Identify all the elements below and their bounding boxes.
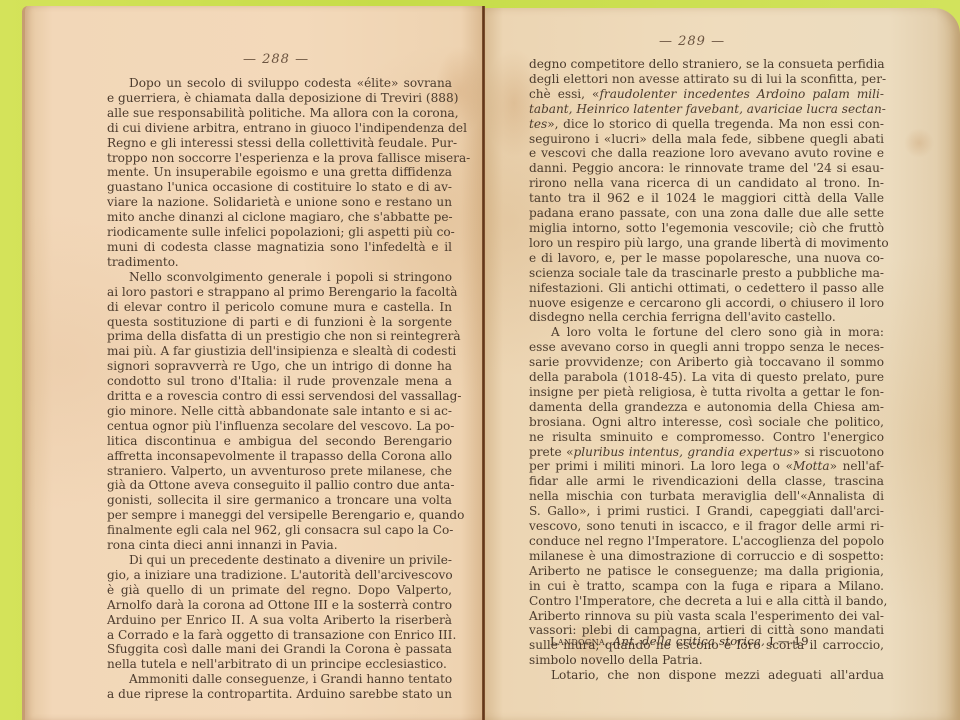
text-line: sarie provvidenze; con Ariberto già tocc… [529, 355, 884, 370]
text-line: brosiana. Ogni altro interesse, così soc… [529, 415, 884, 430]
text-line: Lotario, che non dispone mezzi adeguati … [529, 668, 884, 683]
text-line: nifestazioni. Gli antichi ottimati, o ce… [529, 281, 884, 296]
text-line: tanto tra il 962 e il 1024 le maggiori c… [529, 191, 884, 206]
text-line: muni di codesta classe magnatizia sono l… [107, 240, 452, 255]
text-line: tabant, Heinrico latenter favebant, avar… [529, 102, 884, 117]
text-line: Ammoniti dalle conseguenze, i Grandi han… [107, 672, 452, 687]
open-book: — 288 — Dopo un secolo di sviluppo codes… [22, 6, 960, 720]
footer-author: Landogna, [550, 634, 609, 648]
text-line: nella mischia con turbata meraviglia del… [529, 489, 884, 504]
text-line: padana erano passate, con una zona dalle… [529, 206, 884, 221]
text-line: nuove esigenze e cercarono gli accordi, … [529, 296, 884, 311]
text-line: S. Gallo», i primi rustici. I Grandi, ca… [529, 504, 884, 519]
left-page: — 288 — Dopo un secolo di sviluppo codes… [22, 6, 484, 720]
text-line: nella tutela e nell'arbitrato di un prin… [107, 657, 452, 672]
footer-signature: Landogna, Ant. della critica storica, I … [550, 634, 809, 648]
text-line: Ariberto ne patisce le conseguenze; ma d… [529, 564, 884, 579]
text-line: straniero. Valperto, un avventuroso pret… [107, 464, 452, 479]
page-number: — 289 — [659, 34, 725, 49]
text-line: gonisti, sollecita il sire germanico a t… [107, 493, 452, 508]
text-line: già da Ottone aveva conseguito il pallio… [107, 478, 452, 493]
text-line: chè essi, «fraudolenter incedentes Ardoi… [529, 87, 884, 102]
text-line: mai più. A far giustizia dell'insipienza… [107, 344, 452, 359]
paper-stain [904, 128, 934, 158]
text-line: mito anche dinanzi al ciclone magiaro, c… [107, 210, 452, 225]
text-line: e di lavoro, e, per le masse popolaresch… [529, 251, 884, 266]
text-line: di elevar contro il pericolo comune mura… [107, 300, 452, 315]
text-line: degno competitore dello straniero, se la… [529, 57, 884, 72]
text-line: a Corrado e la farà oggetto di transazio… [107, 628, 452, 643]
text-line: insigne per pietà religiosa, è tutta riv… [529, 385, 884, 400]
text-line: condotto sul trono d'Italia: il rude pro… [107, 374, 452, 389]
footer-title: Ant. della critica storica, [613, 634, 765, 648]
text-line: prete «pluribus intentus, grandia expert… [529, 445, 884, 460]
text-line: miglia intorno, sotto l'egemonia vescovi… [529, 221, 884, 236]
text-line: degli elettori non avesse attirato su di… [529, 72, 884, 87]
text-line: Dopo un secolo di sviluppo codesta «élit… [107, 76, 452, 91]
text-line: centua ognor più l'influenza secolare de… [107, 419, 452, 434]
left-page-text: Dopo un secolo di sviluppo codesta «élit… [107, 76, 452, 702]
text-line: guastano l'unica occasione di costituire… [107, 180, 452, 195]
page-number: — 288 — [243, 52, 309, 67]
text-line: è già quello di un primate del regno. Do… [107, 583, 452, 598]
text-line: in cui è tratto, scampa con la fuga e ri… [529, 579, 884, 594]
text-line: danni. Peggio ancora: le rinnovate trame… [529, 161, 884, 176]
text-line: ai loro pastori e strappano al primo Ber… [107, 285, 452, 300]
text-line: gio minore. Nelle città abbandonate sale… [107, 404, 452, 419]
text-line: scienza sociale tale da trascinarle pres… [529, 266, 884, 281]
text-line: e guerriera, è chiamata dalla deposizion… [107, 91, 452, 106]
text-line: simbolo novello della Patria. [529, 653, 884, 668]
text-line: Arduino per Enrico II. A sua volta Aribe… [107, 613, 452, 628]
right-page-text: degno competitore dello straniero, se la… [529, 57, 884, 683]
text-line: finalmente egli cala nel 962, gli consac… [107, 523, 452, 538]
text-line: fidar alle armi le rivendicazioni della … [529, 474, 884, 489]
text-line: ne risulta sminuito e compromesso. Contr… [529, 430, 884, 445]
text-line: questa sostituzione di parti e di funzio… [107, 315, 452, 330]
text-line: Di qui un precedente destinato a divenir… [107, 553, 452, 568]
text-line: per primi i militi minori. La loro lega … [529, 459, 884, 474]
text-line: Nello sconvolgimento generale i popoli s… [107, 270, 452, 285]
text-line: esse avevano corso in quegli anni troppo… [529, 340, 884, 355]
text-line: alle sue responsabilità politiche. Ma al… [107, 106, 452, 121]
text-line: disdegno nella cerchia ferrigna dell'avi… [529, 310, 884, 325]
book-gutter [482, 6, 485, 720]
text-line: viare la nazione. Solidarietà e unione s… [107, 195, 452, 210]
text-line: affretta inconsapevolmente il trapasso d… [107, 449, 452, 464]
text-line: riodicamente sulle infelici popolazioni;… [107, 225, 452, 240]
text-line: damenta della grandezza e autonomia dell… [529, 400, 884, 415]
text-line: milanese è una dimostrazione di corrucci… [529, 549, 884, 564]
text-line: a due riprese la contropartita. Arduino … [107, 687, 452, 702]
text-line: Arnolfo darà la corona ad Ottone III e l… [107, 598, 452, 613]
text-line: Regno e gli interessi stessi della colle… [107, 136, 452, 151]
text-line: della parabola (1018-45). La vita di que… [529, 370, 884, 385]
text-line: tes», dice lo storico di quella tregenda… [529, 117, 884, 132]
text-line: A loro volta le fortune del clero sono g… [529, 325, 884, 340]
text-line: dritta e a rovescia contro di essi serve… [107, 389, 452, 404]
text-line: seguirono i «lucri» della mala fede, sib… [529, 132, 884, 147]
text-line: Sfuggita così dalle mani dei Grandi la C… [107, 642, 452, 657]
text-line: troppo non soccorre l'esperienza e la pr… [107, 151, 452, 166]
text-line: litica discontinua e ambigua del secondo… [107, 434, 452, 449]
right-page: — 289 — degno competitore dello stranier… [484, 8, 960, 720]
text-line: loro un respiro più largo, una grande li… [529, 236, 884, 251]
text-line: per sempre i maneggi del versipelle Bere… [107, 508, 452, 523]
text-line: rirono nella vana ricerca di un candidat… [529, 176, 884, 191]
text-line: rona cinta dieci anni innanzi in Pavia. [107, 538, 452, 553]
text-line: gio, a iniziare una tradizione. L'autori… [107, 568, 452, 583]
text-line: e vescovi che dalla reazione loro avevan… [529, 146, 884, 161]
text-line: di cui diviene arbitra, entrano in giuoc… [107, 121, 452, 136]
footer-sheet: I — 19 [769, 634, 809, 648]
text-line: vescovo, sono tenuti in iscacco, e il fr… [529, 519, 884, 534]
text-line: Ariberto rinnova su più vasta scala l'es… [529, 609, 884, 624]
text-line: Contro l'Imperatore, che decreta a lui e… [529, 594, 884, 609]
text-line: conduce nel regno l'Imperatore. L'accogl… [529, 534, 884, 549]
text-line: tradimento. [107, 255, 452, 270]
text-line: prima della disfatta di un prestigio che… [107, 329, 452, 344]
text-line: signori sopravverrà re Ugo, che un intri… [107, 359, 452, 374]
text-line: mente. Un insuperabile egoismo e una gre… [107, 165, 452, 180]
